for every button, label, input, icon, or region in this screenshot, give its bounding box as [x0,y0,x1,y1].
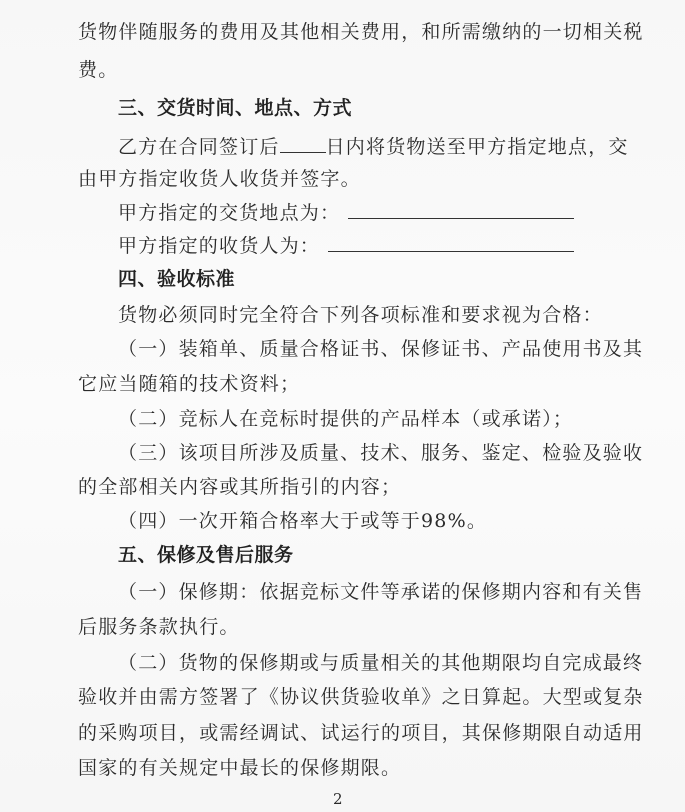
delivery-location-label: 甲方指定的交货地点为： [118,202,340,224]
paragraph-line: 国家的有关规定中最长的保修期限。 [78,756,401,780]
delivery-location-line: 甲方指定的交货地点为： [118,200,574,225]
paragraph-line: 货物必须同时完全符合下列各项标准和要求视为合格： [118,303,603,327]
receiver-line: 甲方指定的收货人为： [118,233,574,258]
delivery-text-after: 日内将货物送至甲方指定地点，交 [326,136,629,158]
paragraph-line: 由甲方指定收货人收货并签字。 [78,167,361,191]
list-item: （二）竞标人在竞标时提供的产品样本（或承诺）； [118,407,573,431]
delivery-text-before: 乙方在合同签订后 [118,136,280,158]
paragraph-line: 费。 [78,58,118,82]
section-heading-3: 三、交货时间、地点、方式 [118,96,352,120]
paragraph-line: 它应当随箱的技术资料； [78,372,300,396]
paragraph-line: 货物伴随服务的费用及其他相关费用，和所需缴纳的一切相关税 [78,20,644,44]
paragraph-line: 的全部相关内容或其所指引的内容； [78,475,401,499]
receiver-blank[interactable] [328,233,574,252]
delivery-days-blank[interactable] [280,134,326,153]
page-number: 2 [333,790,343,808]
receiver-label: 甲方指定的收货人为： [118,235,320,257]
list-item: （二）货物的保修期或与质量相关的其他期限均自完成最终 [118,651,643,675]
section-heading-4: 四、验收标准 [118,267,235,291]
document-page: 货物伴随服务的费用及其他相关费用，和所需缴纳的一切相关税 费。 三、交货时间、地… [0,0,685,812]
delivery-days-line: 乙方在合同签订后日内将货物送至甲方指定地点，交 [118,134,629,159]
paragraph-line: 验收并由需方签署了《协议供货验收单》之日算起。大型或复杂 [78,685,644,709]
list-item: （三）该项目所涉及质量、技术、服务、鉴定、检验及验收 [118,441,643,465]
section-heading-5: 五、保修及售后服务 [118,543,294,567]
list-item: （一）保修期：依据竞标文件等承诺的保修期内容和有关售 [118,580,643,604]
list-item: （四）一次开箱合格率大于或等于98%。 [118,509,487,533]
list-item: （一）装箱单、质量合格证书、保修证书、产品使用书及其 [118,337,643,361]
paragraph-line: 后服务条款执行。 [78,615,240,639]
paragraph-line: 的采购项目，或需经调试、试运行的项目，其保修期限自动适用 [78,721,644,745]
delivery-location-blank[interactable] [348,200,574,219]
